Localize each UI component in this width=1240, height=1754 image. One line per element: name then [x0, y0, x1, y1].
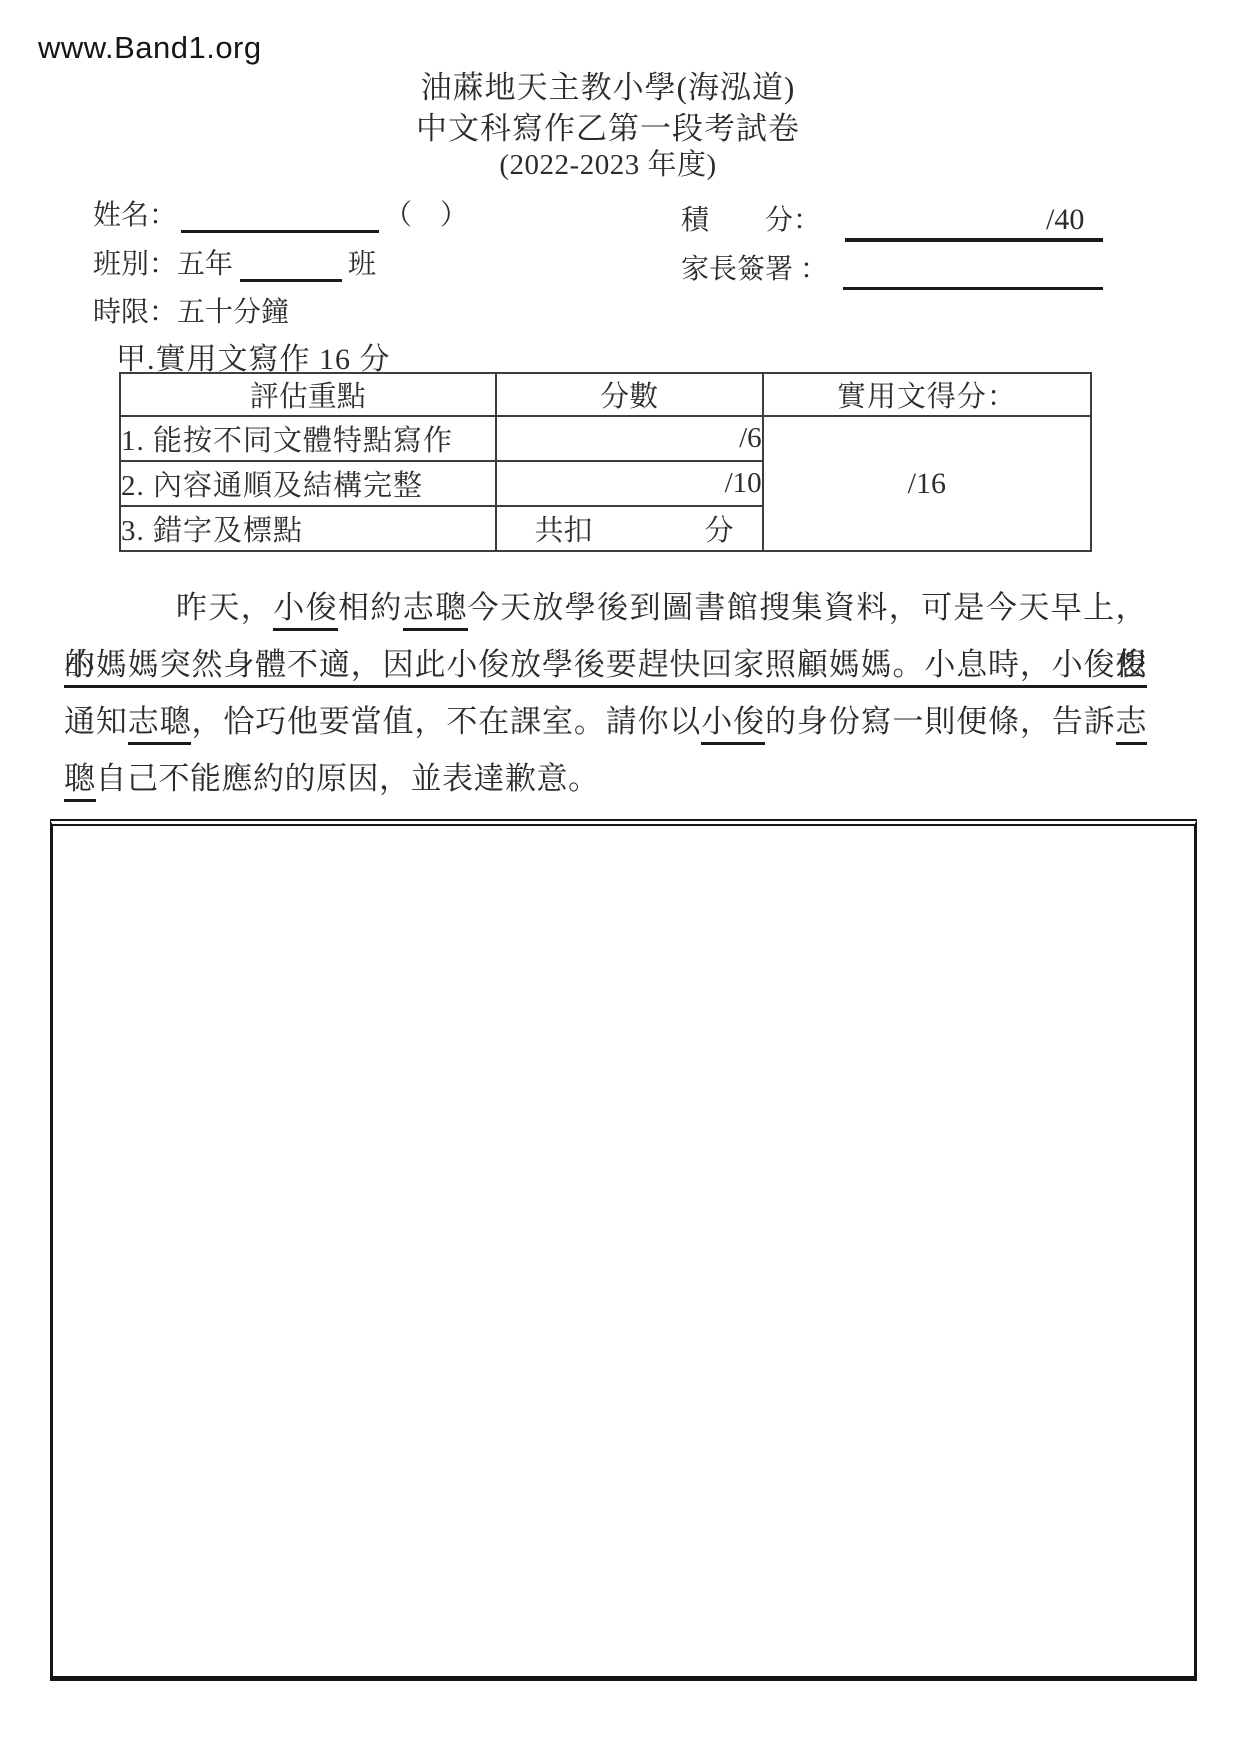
- prompt-text: 的身份寫一則便條，告訴: [765, 704, 1116, 739]
- prompt-line: 的媽媽突然身體不適，因此小俊放學後要趕快回家照顧媽媽。小息時，小俊想: [64, 636, 1147, 693]
- underlined-name: 志: [1116, 704, 1148, 745]
- deduction-suffix: 分: [705, 508, 734, 549]
- parent-signature-label: 家長簽署 ：: [681, 254, 828, 286]
- score-blank-line: [845, 238, 1103, 242]
- class-blank-line: [240, 279, 342, 282]
- score-2: /10: [496, 461, 763, 506]
- criteria-3: 3. 錯字及標點: [120, 506, 496, 551]
- prompt-text: 自己不能應約的原因，並表達歉意。: [96, 761, 600, 796]
- underlined-name: 小俊: [701, 704, 765, 745]
- deduction-cell: 共扣 分: [496, 506, 763, 551]
- school-name: 油蔴地天主教小學(海泓道): [0, 62, 1216, 107]
- header-total: 實用文得分：: [763, 373, 1091, 416]
- site-watermark: www.Band1.org: [38, 31, 262, 65]
- prompt-text: 的媽媽突然身體不適，因此: [64, 647, 446, 682]
- answer-box: [50, 819, 1197, 1681]
- exam-year: (2022-2023 年度): [0, 142, 1216, 183]
- criteria-1: 1. 能按不同文體特點寫作: [120, 416, 496, 461]
- deduction-prefix: 共扣: [535, 508, 593, 549]
- underlined-name: 小俊: [1052, 647, 1116, 688]
- time-limit: 時限：五十分鐘: [93, 297, 289, 329]
- prompt-text: 相約: [338, 590, 403, 625]
- class-number-parens: （ ）: [384, 200, 468, 232]
- underlined-name: 小俊: [273, 590, 338, 631]
- header-criteria: 評估重點: [120, 373, 496, 416]
- rubric-header-row: 評估重點 分數 實用文得分：: [120, 373, 1091, 416]
- prompt-line: 聰自己不能應約的原因，並表達歉意。: [64, 750, 1147, 807]
- underlined-name: 志聰: [128, 704, 192, 745]
- prompt-text: 想: [1116, 647, 1148, 682]
- score-denominator: /40: [1046, 203, 1084, 237]
- total-score: /16: [763, 416, 1091, 551]
- class-suffix: 班: [348, 249, 376, 281]
- score-1: /6: [496, 416, 763, 461]
- prompt-line: 通知志聰，恰巧他要當值，不在課室。請你以小俊的身份寫一則便條，告訴志: [64, 693, 1147, 750]
- name-label: 姓名：: [93, 200, 177, 232]
- underlined-name: 聰: [64, 761, 96, 802]
- prompt-line: 昨天，小俊相約志聰今天放學後到圖書館搜集資料，可是今天早上，小俊: [64, 579, 1147, 636]
- header-score: 分數: [496, 373, 763, 416]
- prompt-text: ，恰巧他要當值，不在課室。請你以: [191, 704, 701, 739]
- rubric-table: 評估重點 分數 實用文得分： 1. 能按不同文體特點寫作 /6 /16 2. 內…: [119, 372, 1092, 552]
- prompt-text: 放學後要趕快回家照顧媽媽。小息時，: [510, 647, 1052, 682]
- name-blank-line: [181, 230, 379, 233]
- exam-paper-page: www.Band1.org 油蔴地天主教小學(海泓道) 中文科寫作乙第一段考試卷…: [0, 0, 1240, 1754]
- prompt-paragraph: 昨天，小俊相約志聰今天放學後到圖書館搜集資料，可是今天早上，小俊的媽媽突然身體不…: [64, 579, 1147, 807]
- underlined-name: 小俊: [446, 647, 510, 688]
- prompt-text: 通知: [64, 704, 128, 739]
- parent-signature-blank-line: [843, 287, 1103, 290]
- prompt-text: 今天放學後到圖書館搜集資料，可是今天早上，: [468, 590, 1147, 625]
- score-label: 積 分：: [681, 205, 821, 237]
- prompt-text: 昨天，: [176, 590, 273, 625]
- criteria-2: 2. 內容通順及結構完整: [120, 461, 496, 506]
- rubric-row-1: 1. 能按不同文體特點寫作 /6 /16: [120, 416, 1091, 461]
- class-label: 班別：五年: [93, 249, 233, 281]
- underlined-name: 志聰: [403, 590, 468, 631]
